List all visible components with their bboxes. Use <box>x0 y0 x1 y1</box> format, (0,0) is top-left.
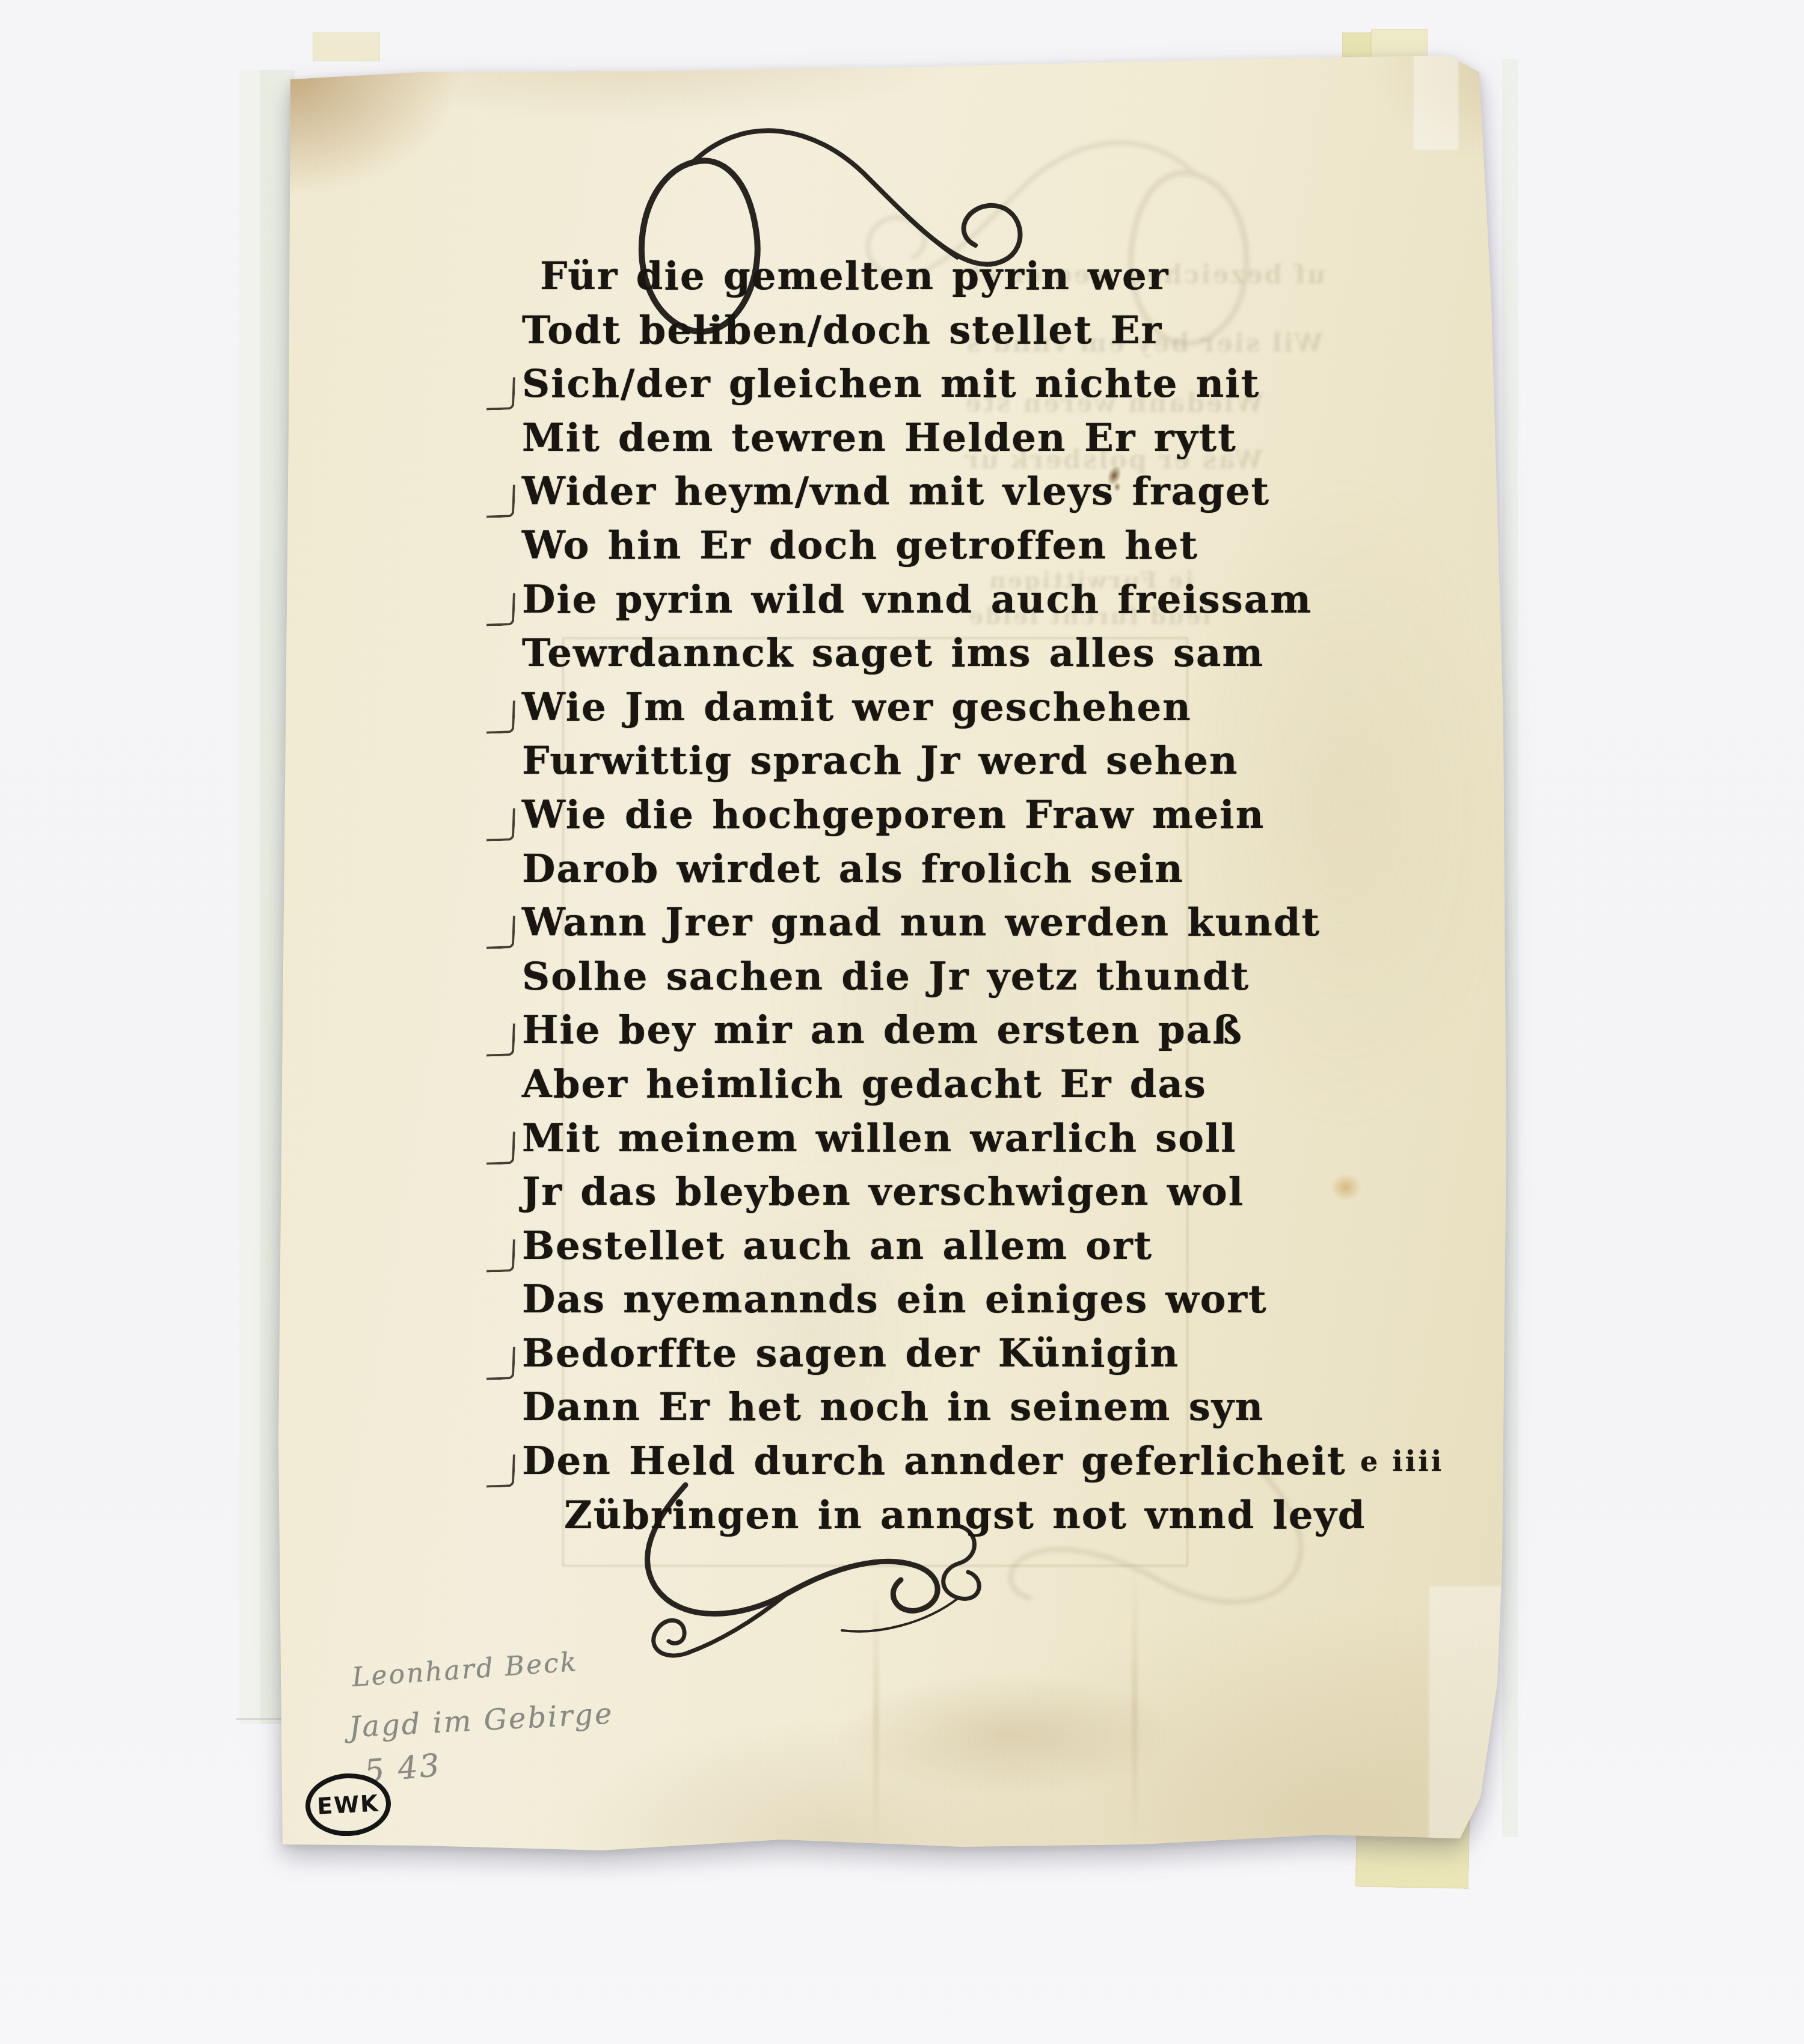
translucent-tape <box>1414 54 1458 149</box>
tape-fragment <box>1342 32 1371 60</box>
poem-line: Aber heimlich gedacht Er das <box>522 1057 1460 1112</box>
poem-line: Bedorffte sagen der Künigin <box>522 1327 1460 1381</box>
poem-line: Sich/der gleichen mit nichte nit <box>522 357 1460 411</box>
poem-line: Bestellet auch an allem ort <box>522 1219 1460 1273</box>
rhyme-bracket-tick <box>486 1347 515 1380</box>
poem-line: Mit meinem willen warlich soll <box>522 1112 1460 1166</box>
poem-line: Wo hin Er doch getroffen het <box>522 519 1460 573</box>
rhyme-bracket-tick <box>486 1239 515 1273</box>
poem-line: Tewrdannck saget ims alles sam <box>522 626 1460 681</box>
poem-line: Dann Er het noch in seinem syn <box>522 1380 1460 1434</box>
poem-line: Darob wirdet als frolich sein <box>522 842 1460 896</box>
tape-fragment <box>1371 29 1428 60</box>
poem-line: Zübringen in anngst not vnnd leyd <box>564 1489 1460 1543</box>
poem-line: Solhe sachen die Jr yetz thundt <box>522 950 1460 1004</box>
poem-text-block: Für die gemelten pyrin werTodt beliben/d… <box>522 249 1460 1542</box>
quire-signature: e iiii <box>1360 1445 1444 1478</box>
rhyme-bracket-tick <box>486 916 515 949</box>
leaf-shadow-wrap: uf bezeichen weg er etWil sier bey em vn… <box>0 0 1238 1804</box>
fold-streak <box>873 1591 879 1843</box>
rhyme-bracket-tick <box>486 808 515 842</box>
rhyme-bracket-tick <box>486 377 515 411</box>
poem-line: Mit dem tewren Helden Er rytt <box>522 411 1460 465</box>
pencil-annotation-artist: Leonhard Beck <box>351 1647 579 1693</box>
rhyme-bracket-tick <box>486 485 515 519</box>
stain <box>837 1675 1174 1795</box>
pencil-annotation-title: Jagd im Gebirge <box>348 1697 615 1745</box>
poem-line: Hie bey mir an dem ersten paß <box>522 1003 1460 1057</box>
rhyme-bracket-tick <box>486 700 515 734</box>
poem-line: Wie die hochgeporen Fraw mein <box>522 788 1460 842</box>
book-leaf: uf bezeichen weg er etWil sier bey em vn… <box>272 52 1509 1855</box>
poem-line: Wie Jm damit wer geschehen <box>522 681 1460 735</box>
rhyme-bracket-tick <box>486 593 515 626</box>
poem-line: Furwittig sprach Jr werd sehen <box>522 734 1460 788</box>
poem-line: Für die gemelten pyrin wer <box>540 249 1460 304</box>
poem-line: Die pyrin wild vnnd auch freissam <box>522 573 1460 627</box>
rhyme-bracket-tick <box>486 1454 515 1488</box>
poem-line: Todt beliben/doch stellet Er <box>522 304 1460 358</box>
poem-line: Das nyemannds ein einiges wort <box>522 1273 1460 1327</box>
rhyme-bracket-tick <box>486 1024 515 1057</box>
poem-line: Jr das bleyben verschwigen wol <box>522 1165 1460 1219</box>
poem-line: Wider heym/vnd mit vleys fraget <box>522 465 1460 519</box>
poem-line: Wann Jrer gnad nun werden kundt <box>522 896 1460 950</box>
scan-background: uf bezeichen weg er etWil sier bey em vn… <box>0 0 1804 2044</box>
translucent-tape <box>1430 1587 1511 1846</box>
rhyme-bracket-tick <box>486 1131 515 1165</box>
fold-streak <box>1132 1567 1138 1843</box>
collector-stamp-text: EWK <box>316 1790 379 1819</box>
poem-line: Den Held durch annder geferlicheit <box>522 1434 1460 1489</box>
stain <box>1551 553 1557 559</box>
